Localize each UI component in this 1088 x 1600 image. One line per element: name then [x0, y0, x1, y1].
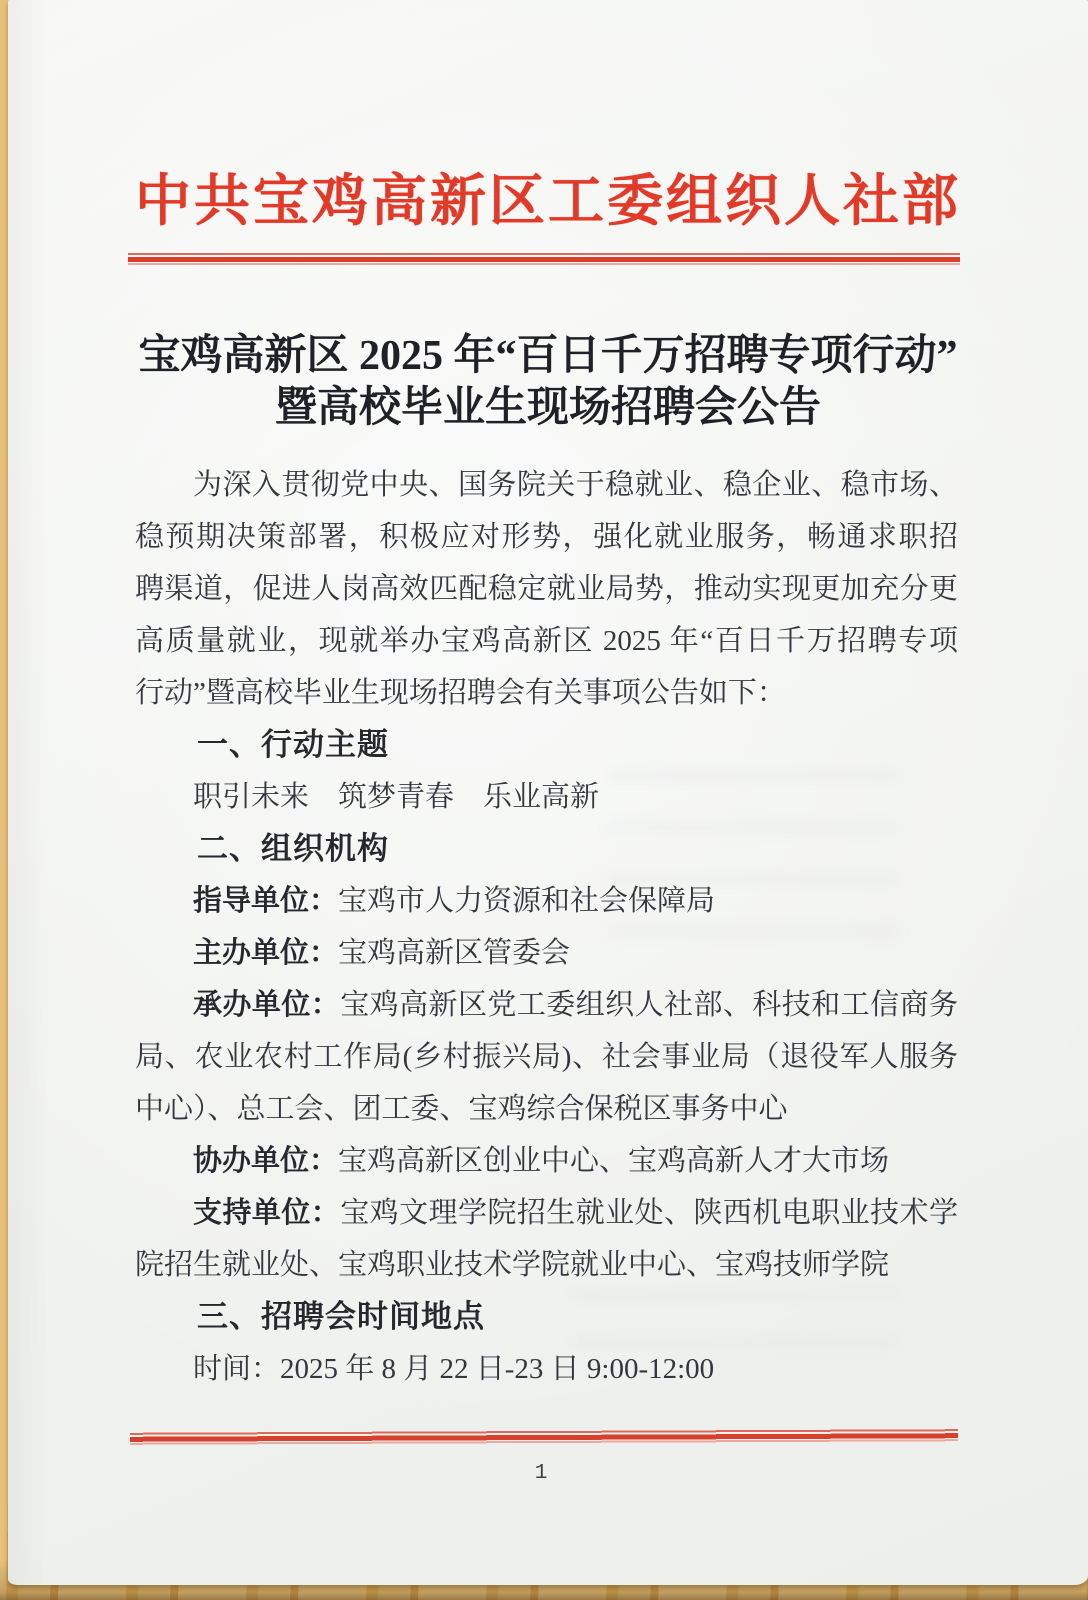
text-segment: 宝鸡高新区党工委组织人社部、科技和工信商务 — [340, 989, 958, 1021]
text-segment: 宝鸡文理学院招生就业处、陕西机电职业技术学 — [340, 1197, 958, 1229]
field-label: 承办单位： — [193, 989, 340, 1021]
document-title: 宝鸡高新区 2025 年“百日千万招聘专项行动” 暨高校毕业生现场招聘会公告 — [58, 330, 1038, 434]
section-heading: 一、行动主题 — [135, 719, 958, 771]
text-segment: 聘渠道，促进人岗高效匹配稳定就业局势，推动实现更加充分更 — [135, 573, 958, 605]
document-body: 为深入贯彻党中央、国务院关于稳就业、稳企业、稳市场、稳预期决策部署，积极应对形势… — [135, 459, 958, 1395]
body-line: 聘渠道，促进人岗高效匹配稳定就业局势，推动实现更加充分更 — [135, 563, 958, 615]
text-segment: 中心）、总工会、团工委、宝鸡综合保税区事务中心 — [135, 1093, 788, 1125]
text-segment: 宝鸡高新区创业中心、宝鸡高新人才大市场 — [338, 1145, 889, 1177]
page-number: 1 — [8, 1462, 1074, 1485]
text-segment: 宝鸡高新区管委会 — [338, 937, 570, 969]
text-segment: 局、农业农村工作局(乡村振兴局)、社会事业局（退役军人服务 — [135, 1041, 958, 1073]
body-line: 中心）、总工会、团工委、宝鸡综合保税区事务中心 — [135, 1083, 958, 1135]
document-title-line1: 宝鸡高新区 2025 年“百日千万招聘专项行动” — [58, 330, 1038, 382]
body-line: 承办单位：宝鸡高新区党工委组织人社部、科技和工信商务 — [135, 979, 958, 1031]
field-label: 指导单位： — [193, 885, 338, 917]
text-segment: 高质量就业，现就举办宝鸡高新区 2025 年“百日千万招聘专项 — [135, 625, 958, 657]
body-line: 稳预期决策部署，积极应对形势，强化就业服务，畅通求职招 — [135, 511, 958, 563]
text-segment: 院招生就业处、宝鸡职业技术学院就业中心、宝鸡技师学院 — [135, 1249, 889, 1281]
body-line: 为深入贯彻党中央、国务院关于稳就业、稳企业、稳市场、 — [135, 459, 958, 511]
red-separator-bottom — [130, 1428, 958, 1446]
body-line: 职引未来 筑梦青春 乐业高新 — [135, 771, 958, 823]
body-line: 支持单位：宝鸡文理学院招生就业处、陕西机电职业技术学 — [135, 1187, 958, 1239]
text-segment: 一、行动主题 — [197, 727, 389, 762]
body-line: 指导单位：宝鸡市人力资源和社会保障局 — [135, 875, 958, 927]
body-line: 时间：2025 年 8 月 22 日-23 日 9:00-12:00 — [135, 1343, 958, 1395]
text-segment: 为深入贯彻党中央、国务院关于稳就业、稳企业、稳市场、 — [193, 469, 958, 501]
field-label: 支持单位： — [193, 1197, 340, 1229]
body-line: 局、农业农村工作局(乡村振兴局)、社会事业局（退役军人服务 — [135, 1031, 958, 1083]
field-label: 主办单位： — [193, 937, 338, 969]
body-line: 主办单位：宝鸡高新区管委会 — [135, 927, 958, 979]
body-line: 院招生就业处、宝鸡职业技术学院就业中心、宝鸡技师学院 — [135, 1239, 958, 1291]
field-label: 协办单位： — [193, 1145, 338, 1177]
text-segment: 宝鸡市人力资源和社会保障局 — [338, 885, 715, 917]
photo-of-document: 中共宝鸡高新区工委组织人社部 宝鸡高新区 2025 年“百日千万招聘专项行动” … — [0, 0, 1088, 1600]
letterhead-org-title: 中共宝鸡高新区工委组织人社部 — [38, 166, 1058, 238]
text-segment: 行动”暨高校毕业生现场招聘会有关事项公告如下： — [135, 677, 786, 709]
red-separator-top — [128, 252, 960, 266]
body-line: 行动”暨高校毕业生现场招聘会有关事项公告如下： — [135, 667, 958, 719]
section-heading: 二、组织机构 — [135, 823, 958, 875]
document-title-line2: 暨高校毕业生现场招聘会公告 — [58, 382, 1038, 434]
text-segment: 三、招聘会时间地点 — [197, 1299, 485, 1334]
text-segment: 稳预期决策部署，积极应对形势，强化就业服务，畅通求职招 — [135, 521, 958, 553]
section-heading: 三、招聘会时间地点 — [135, 1291, 958, 1343]
text-segment: 二、组织机构 — [197, 831, 389, 866]
body-line: 协办单位：宝鸡高新区创业中心、宝鸡高新人才大市场 — [135, 1135, 958, 1187]
text-segment: 时间：2025 年 8 月 22 日-23 日 9:00-12:00 — [193, 1353, 714, 1385]
body-line: 高质量就业，现就举办宝鸡高新区 2025 年“百日千万招聘专项 — [135, 615, 958, 667]
text-segment: 职引未来 筑梦青春 乐业高新 — [193, 781, 599, 813]
document-page: 中共宝鸡高新区工委组织人社部 宝鸡高新区 2025 年“百日千万招聘专项行动” … — [8, 0, 1088, 1585]
